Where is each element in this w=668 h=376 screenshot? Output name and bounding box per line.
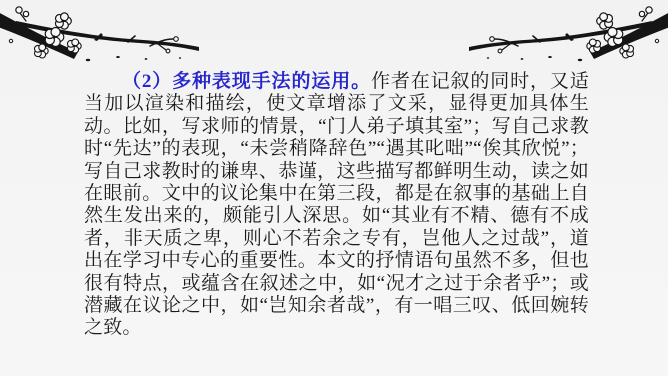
body-text: 作者在记叙的同时，又适当加以渲染和描绘，使文章增添了文采，显得更加具体生动。比如… xyxy=(84,71,589,338)
plum-blossom-branch-top-left-icon xyxy=(0,0,200,64)
slide-text-block: （2）多种表现手法的运用。作者在记叙的同时，又适当加以渲染和描绘，使文章增添了文… xyxy=(84,71,589,340)
point-heading: （2）多种表现手法的运用。 xyxy=(122,71,371,92)
presentation-slide: （2）多种表现手法的运用。作者在记叙的同时，又适当加以渲染和描绘，使文章增添了文… xyxy=(0,0,668,376)
plum-blossom-branch-top-right-icon xyxy=(468,0,668,64)
slide-paragraph: （2）多种表现手法的运用。作者在记叙的同时，又适当加以渲染和描绘，使文章增添了文… xyxy=(84,71,589,340)
